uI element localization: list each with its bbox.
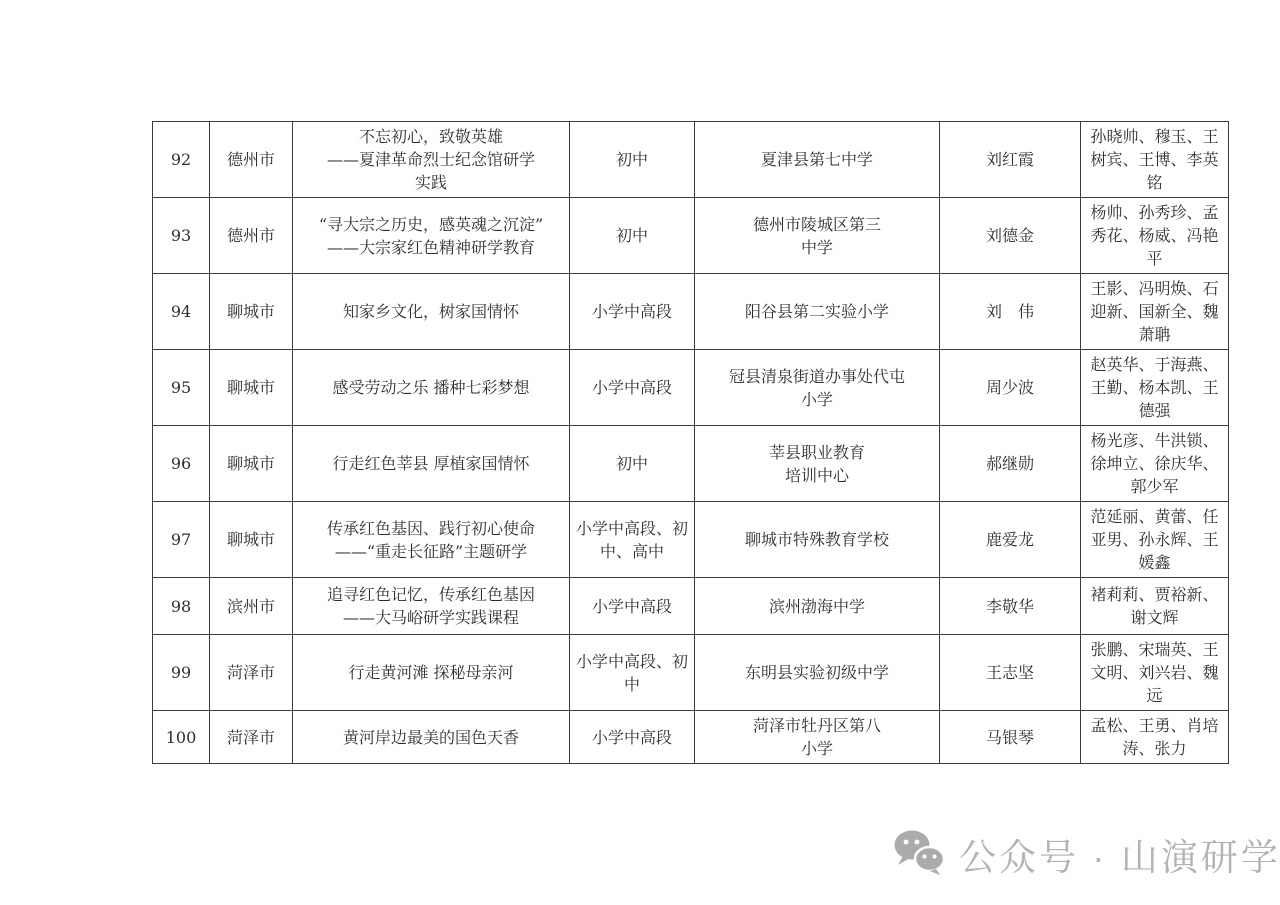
cell-team-members: 杨光彦、牛洪锁、徐坤立、徐庆华、郭少军 [1081, 426, 1229, 502]
cell-course-title: “寻大宗之历史，感英魂之沉淀” ——大宗家红色精神研学教育 [293, 198, 570, 274]
cell-course-title: 追寻红色记忆，传承红色基因 ——大马峪研学实践课程 [293, 578, 570, 635]
cell-team-members: 赵英华、于海燕、王勤、杨本凯、王德强 [1081, 350, 1229, 426]
cell-leader: 马银琴 [940, 711, 1081, 764]
cell-number: 97 [153, 502, 210, 578]
cell-team-members: 褚莉莉、贾裕新、谢文辉 [1081, 578, 1229, 635]
cell-grade-level: 小学中高段、初中、高中 [570, 502, 695, 578]
table-body: 92德州市不忘初心，致敬英雄 ——夏津革命烈士纪念馆研学 实践初中夏津县第七中学… [153, 122, 1229, 764]
cell-city: 德州市 [210, 198, 293, 274]
cell-number: 93 [153, 198, 210, 274]
table-row: 100菏泽市黄河岸边最美的国色天香小学中高段菏泽市牡丹区第八 小学马银琴孟松、王… [153, 711, 1229, 764]
cell-grade-level: 小学中高段 [570, 578, 695, 635]
cell-city: 菏泽市 [210, 711, 293, 764]
cell-course-title: 黄河岸边最美的国色天香 [293, 711, 570, 764]
cell-number: 98 [153, 578, 210, 635]
cell-leader: 刘红霞 [940, 122, 1081, 198]
table-row: 92德州市不忘初心，致敬英雄 ——夏津革命烈士纪念馆研学 实践初中夏津县第七中学… [153, 122, 1229, 198]
table-row: 96聊城市行走红色莘县 厚植家国情怀初中莘县职业教育 培训中心郝继勋杨光彦、牛洪… [153, 426, 1229, 502]
cell-team-members: 孙晓帅、穆玉、王树宾、王博、李英铭 [1081, 122, 1229, 198]
cell-number: 99 [153, 635, 210, 711]
cell-grade-level: 小学中高段 [570, 711, 695, 764]
cell-team-members: 张鹏、宋瑞英、王文明、刘兴岩、魏远 [1081, 635, 1229, 711]
cell-number: 94 [153, 274, 210, 350]
cell-leader: 鹿爱龙 [940, 502, 1081, 578]
cell-school: 菏泽市牡丹区第八 小学 [695, 711, 940, 764]
table-row: 93德州市“寻大宗之历史，感英魂之沉淀” ——大宗家红色精神研学教育初中德州市陵… [153, 198, 1229, 274]
cell-school: 聊城市特殊教育学校 [695, 502, 940, 578]
cell-school: 莘县职业教育 培训中心 [695, 426, 940, 502]
cell-course-title: 不忘初心，致敬英雄 ——夏津革命烈士纪念馆研学 实践 [293, 122, 570, 198]
cell-course-title: 传承红色基因、践行初心使命 ——“重走长征路”主题研学 [293, 502, 570, 578]
cell-course-title: 感受劳动之乐 播种七彩梦想 [293, 350, 570, 426]
cell-course-title: 知家乡文化，树家国情怀 [293, 274, 570, 350]
cell-leader: 周少波 [940, 350, 1081, 426]
cell-grade-level: 初中 [570, 122, 695, 198]
cell-school: 德州市陵城区第三 中学 [695, 198, 940, 274]
cell-team-members: 王影、冯明焕、石迎新、国新全、魏萧聃 [1081, 274, 1229, 350]
cell-leader: 刘德金 [940, 198, 1081, 274]
cell-city: 聊城市 [210, 350, 293, 426]
table-row: 97聊城市传承红色基因、践行初心使命 ——“重走长征路”主题研学小学中高段、初中… [153, 502, 1229, 578]
cell-school: 阳谷县第二实验小学 [695, 274, 940, 350]
cell-school: 冠县清泉街道办事处代屯 小学 [695, 350, 940, 426]
cell-school: 东明县实验初级中学 [695, 635, 940, 711]
table-row: 95聊城市感受劳动之乐 播种七彩梦想小学中高段冠县清泉街道办事处代屯 小学周少波… [153, 350, 1229, 426]
table-row: 94聊城市知家乡文化，树家国情怀小学中高段阳谷县第二实验小学刘 伟王影、冯明焕、… [153, 274, 1229, 350]
cell-team-members: 杨帅、孙秀珍、孟秀花、杨威、冯艳平 [1081, 198, 1229, 274]
cell-team-members: 范延丽、黄蕾、任亚男、孙永辉、王媛鑫 [1081, 502, 1229, 578]
cell-leader: 李敬华 [940, 578, 1081, 635]
cell-city: 德州市 [210, 122, 293, 198]
cell-city: 菏泽市 [210, 635, 293, 711]
cell-course-title: 行走红色莘县 厚植家国情怀 [293, 426, 570, 502]
cell-leader: 刘 伟 [940, 274, 1081, 350]
cell-leader: 郝继勋 [940, 426, 1081, 502]
cell-city: 滨州市 [210, 578, 293, 635]
cell-city: 聊城市 [210, 426, 293, 502]
cell-course-title: 行走黄河滩 探秘母亲河 [293, 635, 570, 711]
cell-grade-level: 小学中高段 [570, 274, 695, 350]
watermark-text: 公众号 · 山演研学 [959, 827, 1280, 881]
cell-team-members: 孟松、王勇、肖培涛、张力 [1081, 711, 1229, 764]
cell-grade-level: 初中 [570, 426, 695, 502]
cell-number: 92 [153, 122, 210, 198]
course-list-table: 92德州市不忘初心，致敬英雄 ——夏津革命烈士纪念馆研学 实践初中夏津县第七中学… [152, 121, 1229, 764]
cell-number: 100 [153, 711, 210, 764]
cell-city: 聊城市 [210, 274, 293, 350]
watermark: 公众号 · 山演研学 [893, 828, 1280, 880]
wechat-icon [893, 829, 945, 880]
cell-school: 夏津县第七中学 [695, 122, 940, 198]
table-row: 99菏泽市行走黄河滩 探秘母亲河小学中高段、初中东明县实验初级中学王志坚张鹏、宋… [153, 635, 1229, 711]
cell-grade-level: 小学中高段、初中 [570, 635, 695, 711]
cell-school: 滨州渤海中学 [695, 578, 940, 635]
cell-number: 95 [153, 350, 210, 426]
cell-grade-level: 小学中高段 [570, 350, 695, 426]
cell-number: 96 [153, 426, 210, 502]
cell-leader: 王志坚 [940, 635, 1081, 711]
table-row: 98滨州市追寻红色记忆，传承红色基因 ——大马峪研学实践课程小学中高段滨州渤海中… [153, 578, 1229, 635]
cell-grade-level: 初中 [570, 198, 695, 274]
cell-city: 聊城市 [210, 502, 293, 578]
